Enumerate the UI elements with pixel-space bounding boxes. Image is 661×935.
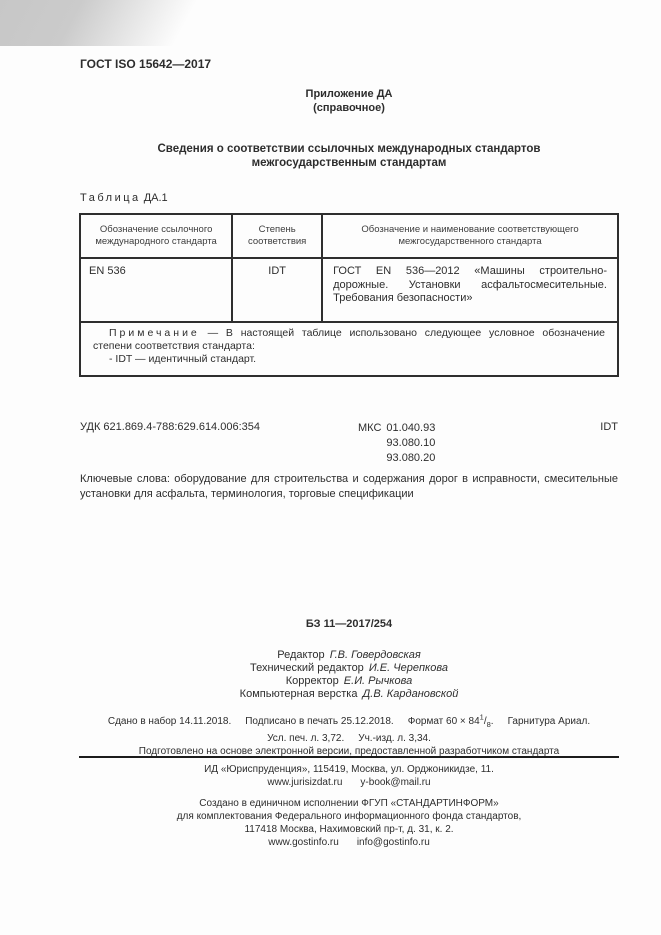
mks-code: 93.080.20 xyxy=(386,451,435,466)
imprint-set-date: Сдано в набор 14.11.2018. xyxy=(108,716,231,727)
staff-role: Технический редактор xyxy=(250,662,364,674)
udk-code: УДК 621.869.4-788:629.614.006:354 xyxy=(80,421,260,433)
standartinform-contacts: www.gostinfo.ruinfo@gostinfo.ru xyxy=(80,836,618,849)
staff-line: Корректор Е.И. Рычкова xyxy=(80,675,618,688)
table-note-row: Примечание — В настоящей таблице использ… xyxy=(80,322,618,376)
staff-role: Компьютерная верстка xyxy=(240,688,358,700)
publisher-website: www.jurisizdat.ru xyxy=(267,777,342,788)
imprint-typeface: Гарнитура Ариал. xyxy=(508,716,591,727)
cell-reference: EN 536 xyxy=(80,258,232,322)
bz-number: БЗ 11—2017/254 xyxy=(80,618,618,630)
classification-row: УДК 621.869.4-788:629.614.006:354 МКС 01… xyxy=(80,421,618,471)
mks-code: 01.040.93 xyxy=(386,421,435,436)
standartinform-block: Создано в единичном исполнении ФГУП «СТА… xyxy=(80,797,618,849)
table-header-row: Обозначение ссылочного международного ст… xyxy=(80,214,618,258)
scan-shadow xyxy=(0,0,250,46)
correspondence-table: Обозначение ссылочного международного ст… xyxy=(79,213,619,377)
mks-code: 93.080.10 xyxy=(386,436,435,451)
imprint-sheets: Усл. печ. л. 3,72. xyxy=(267,733,344,744)
standartinform-email: info@gostinfo.ru xyxy=(357,837,430,848)
standartinform-website: www.gostinfo.ru xyxy=(268,837,339,848)
imprint-block: Сдано в набор 14.11.2018.Подписано в печ… xyxy=(80,711,618,759)
staff-line: Технический редактор И.Е. Черепкова xyxy=(80,662,618,675)
imprint-format: Формат 60 × 841/8. xyxy=(408,716,494,727)
table-caption-label: Таблица xyxy=(80,192,141,204)
staff-role: Редактор xyxy=(277,649,324,661)
section-heading: Сведения о соответствии ссылочных междун… xyxy=(80,142,618,170)
table-note: Примечание — В настоящей таблице использ… xyxy=(93,327,605,353)
col-header-degree: Степень соответствия xyxy=(232,214,322,258)
note-label: Примечание xyxy=(109,327,200,339)
staff-name: Е.И. Рычкова xyxy=(344,675,412,687)
imprint-print-date: Подписано в печать 25.12.2018. xyxy=(245,716,393,727)
standartinform-line1: Создано в единичном исполнении ФГУП «СТА… xyxy=(80,797,618,810)
document-page: ГОСТ ISO 15642—2017 Приложение ДА (справ… xyxy=(0,0,661,935)
divider-rule xyxy=(79,756,619,758)
staff-role: Корректор xyxy=(286,675,339,687)
publisher-block: ИД «Юриспруденция», 115419, Москва, ул. … xyxy=(80,763,618,789)
cell-degree: IDT xyxy=(232,258,322,322)
table-note-cell: Примечание — В настоящей таблице использ… xyxy=(80,322,618,376)
staff-name: Г.В. Говердовская xyxy=(330,649,421,661)
cell-standard: ГОСТ EN 536—2012 «Машины строительно-дор… xyxy=(322,258,618,322)
doc-code: ГОСТ ISO 15642—2017 xyxy=(80,57,211,71)
section-heading-line1: Сведения о соответствии ссылочных междун… xyxy=(80,142,618,156)
standartinform-line3: 117418 Москва, Нахимовский пр-т, д. 31, … xyxy=(80,823,618,836)
keywords: Ключевые слова: оборудование для строите… xyxy=(80,472,618,502)
degree-code: IDT xyxy=(600,421,618,433)
col-header-standard: Обозначение и наименование соответствующ… xyxy=(322,214,618,258)
publisher-contacts: www.jurisizdat.ruy-book@mail.ru xyxy=(80,776,618,789)
imprint-ed-sheets: Уч.-изд. л. 3,34. xyxy=(358,733,431,744)
annex-heading: Приложение ДА (справочное) xyxy=(80,88,618,115)
publisher-email: y-book@mail.ru xyxy=(360,777,430,788)
staff-name: И.Е. Черепкова xyxy=(369,662,448,674)
section-heading-line2: межгосударственным стандартам xyxy=(80,156,618,170)
mks-label: МКС xyxy=(358,421,381,466)
staff-line: Редактор Г.В. Говердовская xyxy=(80,649,618,662)
staff-name: Д.В. Кардановской xyxy=(363,688,459,700)
standartinform-line2: для комплектования Федерального информац… xyxy=(80,810,618,823)
staff-line: Компьютерная верстка Д.В. Кардановской xyxy=(80,688,618,701)
imprint-line2: Усл. печ. л. 3,72.Уч.-изд. л. 3,34. xyxy=(80,732,618,746)
table-caption: Таблица ДА.1 xyxy=(80,192,168,204)
table-row: EN 536 IDT ГОСТ EN 536—2012 «Машины стро… xyxy=(80,258,618,322)
publisher-address: ИД «Юриспруденция», 115419, Москва, ул. … xyxy=(80,763,618,776)
note-item: - IDT — идентичный стандарт. xyxy=(93,353,605,366)
annex-subtitle: (справочное) xyxy=(80,102,618,116)
col-header-reference: Обозначение ссылочного международного ст… xyxy=(80,214,232,258)
staff-block: Редактор Г.В. Говердовская Технический р… xyxy=(80,649,618,701)
annex-title: Приложение ДА xyxy=(80,88,618,102)
mks-codes: МКС 01.040.93 93.080.10 93.080.20 xyxy=(358,421,435,466)
table-caption-number: ДА.1 xyxy=(144,192,168,204)
imprint-line1: Сдано в набор 14.11.2018.Подписано в печ… xyxy=(80,711,618,732)
